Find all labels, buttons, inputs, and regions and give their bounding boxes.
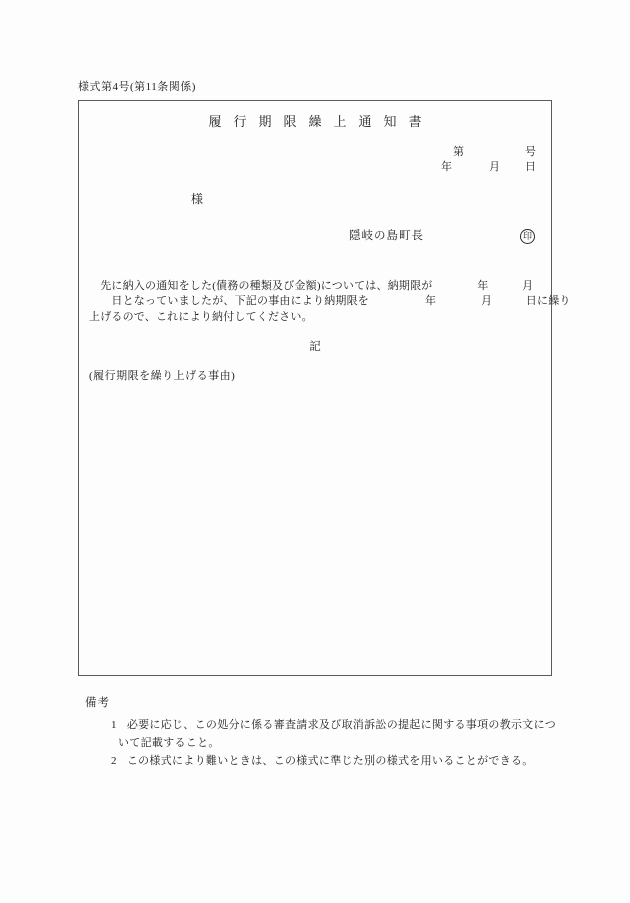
form-number-label: 様式第4号(第11条関係)	[78, 80, 196, 95]
body-line-1: 先に納入の通知をした(債務の種類及び金額)については、納期限が 年 月	[89, 279, 543, 294]
body-line-3: 上げるので、これにより納付してください。	[89, 310, 543, 325]
document-number-blank: 第 号	[453, 145, 537, 160]
remark-2-number: 2	[111, 755, 117, 767]
section-marker-ki: 記	[79, 340, 551, 356]
document-frame: 履行期限繰上通知書 第 号 年 月 日 様 隠岐の島町長 印 先に納入の通知をし…	[78, 100, 552, 676]
issuer-name: 隠岐の島町長	[349, 229, 424, 245]
remarks-section: 備考 1必要に応じ、この処分に係る審査請求及び取消訴訟の提起に関する事項の教示文…	[85, 696, 563, 770]
remark-1-text: 必要に応じ、この処分に係る審査請求及び取消訴訟の提起に関する事項の教示文について…	[118, 719, 556, 749]
document-page: 様式第4号(第11条関係) 履行期限繰上通知書 第 号 年 月 日 様 隠岐の島…	[0, 0, 630, 903]
body-line-2: 日となっていましたが、下記の事由により納期限を 年 月 日に繰り	[89, 294, 543, 309]
remark-item-2: 2この様式により難いときは、この様式に準じた別の様式を用いることができる。	[98, 752, 563, 770]
remarks-heading: 備考	[85, 696, 563, 712]
remark-2-text: この様式により難いときは、この様式に準じた別の様式を用いることができる。	[127, 755, 534, 767]
document-date-blank: 年 月 日	[441, 160, 537, 175]
document-title: 履行期限繰上通知書	[79, 113, 551, 131]
reason-label: (履行期限を繰り上げる事由)	[89, 369, 235, 384]
addressee-honorific: 様	[191, 191, 203, 207]
remark-1-number: 1	[111, 719, 117, 731]
issuer-row: 隠岐の島町長 印	[349, 229, 535, 245]
seal-icon: 印	[520, 229, 535, 244]
body-paragraph: 先に納入の通知をした(債務の種類及び金額)については、納期限が 年 月 日となっ…	[89, 279, 543, 325]
remark-item-1: 1必要に応じ、この処分に係る審査請求及び取消訴訟の提起に関する事項の教示文につい…	[98, 716, 563, 752]
